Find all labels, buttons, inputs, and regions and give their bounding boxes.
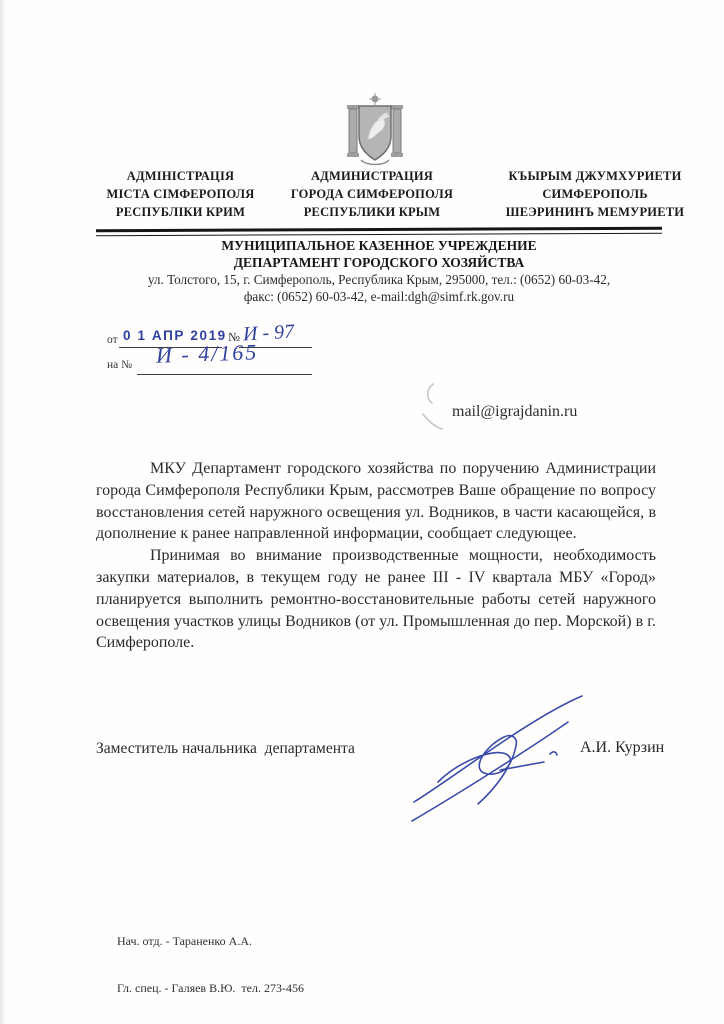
letterhead-line: ГОРОДА СИМФЕРОПОЛЯ: [272, 185, 472, 203]
footer-line: Нач. отд. - Тараненко А.А.: [117, 934, 304, 950]
letterhead-line: МІСТА СІМФЕРОПОЛЯ: [88, 185, 273, 203]
reply-number-label: на №: [107, 359, 132, 371]
footer-contacts: Нач. отд. - Тараненко А.А. Гл. спец. - Г…: [117, 903, 304, 1024]
body-paragraph: МКУ Департамент городского хозяйства по …: [96, 458, 656, 545]
footer-line: Гл. спец. - Галяев В.Ю. тел. 273-456: [117, 981, 304, 997]
letterhead-line: КЪЫРЫМ ДЖУМХУРИЕТИ: [478, 167, 712, 185]
letterhead-line: АДМИНИСТРАЦИЯ: [272, 167, 472, 185]
contact-line: ул. Толстого, 15, г. Симферополь, Респуб…: [95, 272, 663, 289]
institution-name: МУНИЦИПАЛЬНОЕ КАЗЕННОЕ УЧРЕЖДЕНИЕ ДЕПАРТ…: [95, 238, 663, 271]
letter-body: МКУ Департамент городского хозяйства по …: [96, 458, 656, 654]
recipient-email: mail@igrajdanin.ru: [452, 403, 577, 421]
pen-mark-icon: [420, 382, 450, 434]
simferopol-coat-of-arms-icon: [345, 92, 405, 170]
double-rule-divider: [96, 227, 662, 236]
signature-scribble: [408, 690, 590, 826]
institution-line: ДЕПАРТАМЕНТ ГОРОДСКОГО ХОЗЯЙСТВА: [95, 255, 663, 272]
body-paragraph: Принимая во внимание производственные мо…: [96, 545, 656, 654]
letterhead-line: РЕСПУБЛІКИ КРИМ: [88, 203, 273, 221]
ref-underline: [137, 374, 312, 375]
incoming-number-handwritten: И - 4/165: [156, 339, 259, 369]
signer-name: А.И. Курзин: [580, 739, 664, 757]
letterhead-line: ШЕЭРИНИНЪ МЕМУРИЕТИ: [478, 203, 712, 221]
ref-from-label: от: [107, 334, 118, 346]
letterhead-line: РЕСПУБЛИКИ КРЫМ: [272, 203, 472, 221]
contact-line: факс: (0652) 60-03-42, e-mail:dgh@simf.r…: [95, 289, 663, 306]
letterhead-column-crimean-tatar: КЪЫРЫМ ДЖУМХУРИЕТИ СИМФЕРОПОЛЬ ШЕЭРИНИНЪ…: [478, 167, 712, 221]
letterhead-column-russian: АДМИНИСТРАЦИЯ ГОРОДА СИМФЕРОПОЛЯ РЕСПУБЛ…: [272, 167, 472, 221]
letterhead-line: СИМФЕРОПОЛЬ: [478, 185, 712, 203]
institution-contact: ул. Толстого, 15, г. Симферополь, Респуб…: [95, 272, 663, 305]
letterhead-column-ukrainian: АДМІНІСТРАЦІЯ МІСТА СІМФЕРОПОЛЯ РЕСПУБЛІ…: [88, 167, 273, 221]
institution-line: МУНИЦИПАЛЬНОЕ КАЗЕННОЕ УЧРЕЖДЕНИЕ: [95, 238, 663, 255]
scanned-letter-page: АДМІНІСТРАЦІЯ МІСТА СІМФЕРОПОЛЯ РЕСПУБЛІ…: [0, 0, 724, 1024]
letterhead-line: АДМІНІСТРАЦІЯ: [88, 167, 273, 185]
signer-position: Заместитель начальника департамента: [96, 740, 355, 758]
